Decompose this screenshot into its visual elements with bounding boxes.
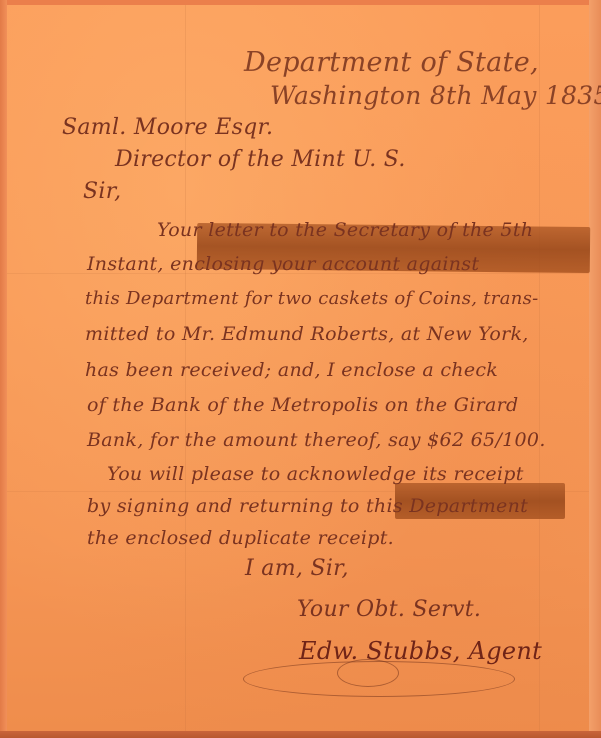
body-line: this Department for two caskets of Coins… xyxy=(85,288,539,309)
body-line: the enclosed duplicate receipt. xyxy=(87,527,394,549)
closing-servant: Your Obt. Servt. xyxy=(297,597,481,622)
photo-frame: Department of State, Washington 8th May … xyxy=(0,0,601,738)
body-line: You will please to acknowledge its recei… xyxy=(107,463,524,485)
body-line: Instant, enclosing your account against xyxy=(87,253,479,275)
addressee-name: Saml. Moore Esqr. xyxy=(62,115,273,140)
frame-edge-bottom xyxy=(0,731,601,738)
signature: Edw. Stubbs, Agent xyxy=(299,637,542,665)
body-line: by signing and returning to this Departm… xyxy=(87,495,528,517)
frame-edge-left xyxy=(0,0,7,738)
letter-paper: Department of State, Washington 8th May … xyxy=(7,5,589,731)
salutation: Sir, xyxy=(83,179,121,204)
body-line: mitted to Mr. Edmund Roberts, at New Yor… xyxy=(85,323,529,345)
signature-flourish xyxy=(337,659,399,687)
body-line: has been received; and, I enclose a chec… xyxy=(85,359,498,381)
body-line: of the Bank of the Metropolis on the Gir… xyxy=(87,394,519,416)
addressee-title: Director of the Mint U. S. xyxy=(115,147,406,172)
body-line: Bank, for the amount thereof, say $62 65… xyxy=(87,429,546,451)
letter-place-date: Washington 8th May 1835 xyxy=(270,81,601,110)
frame-edge-right xyxy=(589,0,601,738)
closing-line: I am, Sir, xyxy=(245,556,349,581)
letterhead-department: Department of State, xyxy=(244,47,539,78)
paper-fold-line xyxy=(539,5,540,731)
body-line: Your letter to the Secretary of the 5th xyxy=(157,219,533,241)
